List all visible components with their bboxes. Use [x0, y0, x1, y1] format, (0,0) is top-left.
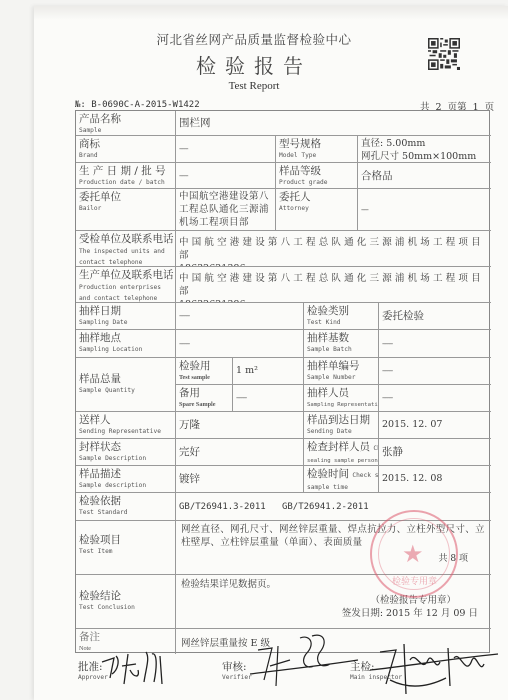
stamp-text: 检验专用章 — [392, 574, 437, 587]
value-inspected-units: 中国航空港建设第八工程总队通化三源浦机场工程项目部 18632621386 — [176, 231, 491, 267]
label-brand: 商标 Brand — [76, 136, 176, 163]
value-attorney: ---- — [358, 189, 491, 231]
qr-code-icon — [428, 38, 460, 70]
label-test-standard: 检验依据 Test Standard — [76, 493, 176, 521]
value-brand: ----- — [176, 136, 276, 163]
value-seal-state: 完好 — [176, 439, 304, 466]
verifier-block: 审核: Verifier — [222, 655, 252, 681]
report-subtitle: Test Report — [0, 80, 508, 92]
official-seal-stamp: ★ 检验专用章 — [370, 510, 458, 598]
value-test-kind: 委托检验 — [379, 303, 491, 330]
value-sending-representative: 万隆 — [176, 412, 304, 439]
value-sampling-location: ------ — [176, 330, 304, 358]
label-production-enterprise: 生产单位及联系电话 Production enterprises and con… — [76, 267, 176, 303]
page-shadow — [34, 6, 508, 20]
label-sampling-date: 抽样日期 Sampling Date — [76, 303, 176, 330]
value-sending-date: 2015. 12. 07 — [379, 412, 491, 439]
label-seal-check-time: 检验时间 Check sealing sample time — [304, 466, 379, 493]
label-sending-date: 样品到达日期 Sending Date — [304, 412, 379, 439]
label-production-date: 生 产 日 期 / 批 号 Production date / batch — [76, 163, 176, 189]
value-sample-batch: ------ — [379, 330, 491, 358]
label-sample-quantity: 样品总量 Sample Quantity — [76, 358, 176, 412]
verifier-label: 审核: — [222, 661, 247, 673]
value-spare-sample: ------ — [233, 385, 304, 412]
value-sampling-representative: ------ — [379, 385, 491, 412]
value-model-type: 直径: 5.00mm 网孔尺寸 50mm×100mm — [358, 136, 491, 163]
label-sampling-representative: 抽样人员 Sampling Representative — [304, 385, 379, 412]
label-attorney: 委托人 Attorney — [276, 189, 358, 231]
verifier-signature — [250, 630, 360, 690]
label-sample-description: 样品描述 Sample description — [76, 466, 176, 493]
value-seal-check-time: 2015. 12. 08 — [379, 466, 491, 493]
label-inspected-units: 受检单位及联系电话 The inspected units and contac… — [76, 231, 176, 267]
label-sampling-location: 抽样地点 Sampling Location — [76, 330, 176, 358]
label-test-conclusion: 检验结论 Test Conclusion — [76, 575, 176, 629]
value-sample: 围栏网 — [176, 111, 491, 136]
main-inspector-signature — [370, 630, 500, 696]
approver-label: 批准: — [78, 661, 103, 673]
value-production-enterprise: 中国航空港建设第八工程总队通化三源浦机场工程项目部 18632621386 — [176, 267, 491, 303]
label-seal-state: 封样状态 Sample Description — [76, 439, 176, 466]
value-test-sample: 1 m² — [233, 358, 304, 385]
value-bailor: 中国航空港建设第八工程总队通化三源浦机场工程项目部 — [176, 189, 276, 231]
label-test-item: 检验项目 Test Item — [76, 521, 176, 575]
value-sample-description: 镀锌 — [176, 466, 304, 493]
label-seal-check-person: 检查封样人员 Check sealing sample personnel — [304, 439, 379, 466]
label-spare-sample: 备用 Spare Sample — [176, 385, 233, 412]
label-sample-batch: 抽样基数 Sample Batch — [304, 330, 379, 358]
approver-signature — [100, 648, 170, 688]
label-sample: 产品名称 Sample — [76, 111, 176, 136]
label-test-kind: 检验类别 Test Kind — [304, 303, 379, 330]
value-sample-number: ------ — [379, 358, 491, 385]
value-sampling-date: ------ — [176, 303, 304, 330]
value-test-standard: GB/T26941.3-2011 GB/T26941.2-2011 — [176, 493, 491, 521]
value-seal-check-person: 张静 — [379, 439, 491, 466]
value-product-grade: 合格品 — [358, 163, 491, 189]
label-sample-number: 抽样单编号 Sample Number — [304, 358, 379, 385]
label-test-sample: 检验用 Test sample — [176, 358, 233, 385]
stamp-star-icon: ★ — [402, 540, 424, 568]
label-sending-representative: 送样人 Sending Representative — [76, 412, 176, 439]
label-product-grade: 样品等级 Product grade — [276, 163, 358, 189]
report-number: №: B-0690C-A-2015-W1422 — [75, 100, 200, 110]
verifier-label-en: Verifier — [222, 674, 252, 681]
label-model-type: 型号规格 Model Type — [276, 136, 358, 163]
value-production-date: ----- — [176, 163, 276, 189]
label-bailor: 委托单位 Bailor — [76, 189, 176, 231]
